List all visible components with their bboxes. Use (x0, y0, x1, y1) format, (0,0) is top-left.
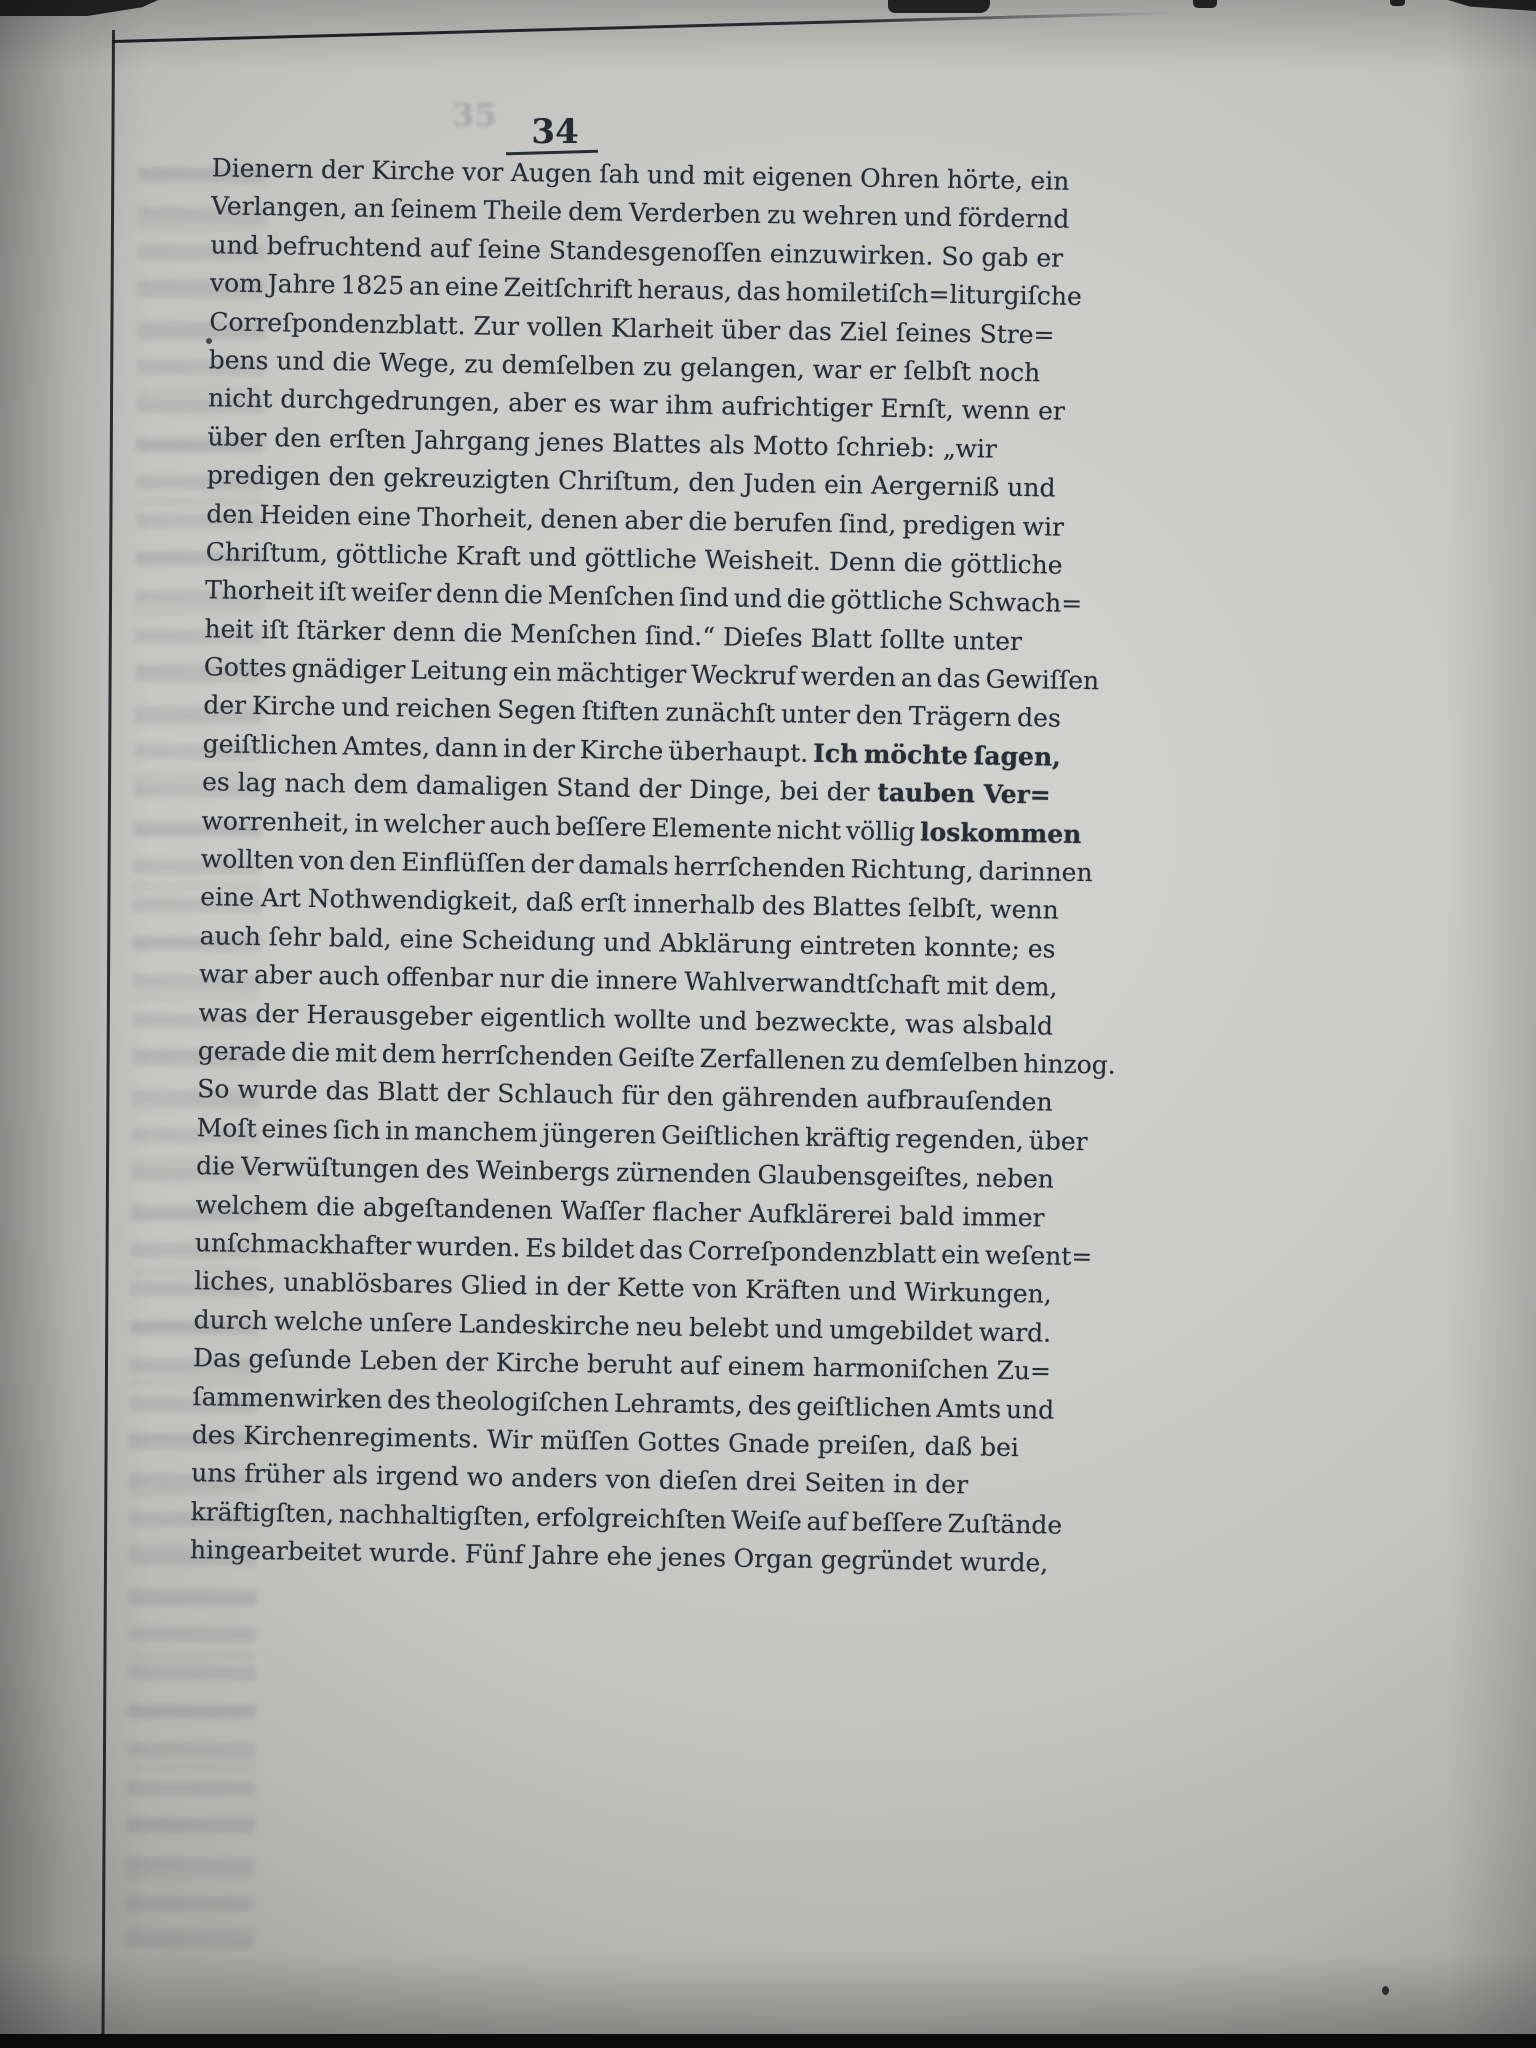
text-segment: über den erſten Jahrgang jenes Blattes a… (207, 422, 997, 463)
scanned-book-page: 35 34 Dienern der Kirche vor Augen ſah u… (0, 0, 1536, 2048)
page-number: 34 (505, 112, 605, 152)
scan-artifact-top-dash1 (1193, 0, 1217, 8)
bleedthrough-page-number: 35 (452, 96, 497, 134)
text-segment: geiſtlichen Amtes, dann in der Kirche üb… (202, 729, 813, 768)
scan-artifact-top-center (888, 0, 990, 13)
scan-border-bottom (0, 2034, 1536, 2048)
scan-artifact-bottom-dot (1382, 1986, 1389, 1995)
page-text: Dienern der Kirche vor Augen ſah und mit… (190, 149, 1070, 1583)
page-edge-line-top (112, 11, 1172, 43)
text-segment: worrenheit, in welcher auch beſſere Elem… (201, 806, 920, 846)
text-segment-heavy-ink: Ich möchte ſagen, (813, 739, 1061, 772)
text-segment: uns früher als irgend wo anders von dieſ… (191, 1458, 968, 1499)
page-edge-line-left (101, 30, 115, 2048)
text-segment-heavy-ink: loskommen (920, 817, 1082, 849)
text-segment: es lag nach dem damaligen Stand der Ding… (202, 767, 878, 807)
scan-artifact-top-left (0, 0, 158, 16)
scan-artifact-top-right (1448, 0, 1536, 11)
scan-artifact-top-dash2 (1390, 0, 1405, 6)
text-segment-heavy-ink: tauben Ver= (877, 778, 1051, 810)
